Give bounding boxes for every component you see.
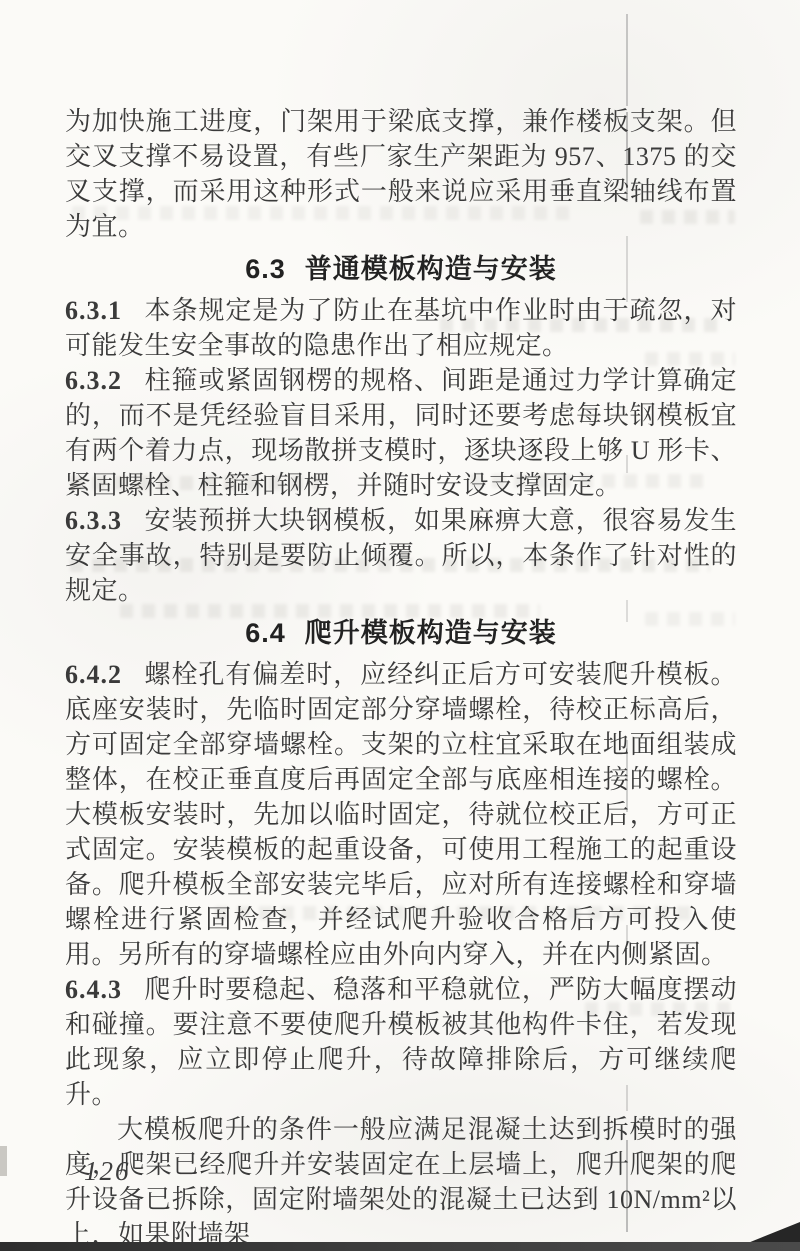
clause-number: 6.3.1 [65, 296, 144, 325]
closing-paragraph: 大模板爬升的条件一般应满足混凝土达到拆模时的强度，爬架已经爬升并安装固定在上层墙… [65, 1112, 737, 1251]
section-title: 普通模板构造与安装 [305, 254, 557, 284]
clause-text: 安装预拼大块钢模板，如果麻痹大意，很容易发生安全事故，特别是要防止倾覆。所以，本… [65, 506, 737, 605]
text-block: 为加快施工进度，门架用于梁底支撑，兼作楼板支架。但交叉支撑不易设置，有些厂家生产… [65, 104, 737, 1251]
clause-text: 爬升时要稳起、稳落和平稳就位，严防大幅度摆动和碰撞。要注意不要使爬升模板被其他构… [65, 975, 737, 1109]
clause-6-3-3: 6.3.3安装预拼大块钢模板，如果麻痹大意，很容易发生安全事故，特别是要防止倾覆… [65, 503, 737, 608]
section-title: 爬升模板构造与安装 [305, 618, 557, 648]
page-number: 126 [84, 1156, 131, 1187]
clause-text: 螺栓孔有偏差时，应经纠正后方可安装爬升模板。底座安装时，先临时固定部分穿墙螺栓，… [65, 660, 737, 969]
clause-text: 柱箍或紧固钢楞的规格、间距是通过力学计算确定的，而不是凭经验盲目采用，同时还要考… [65, 366, 737, 500]
clause-number: 6.3.3 [65, 506, 144, 535]
paragraph-continuation: 为加快施工进度，门架用于梁底支撑，兼作楼板支架。但交叉支撑不易设置，有些厂家生产… [65, 104, 737, 244]
scan-bottom-edge [0, 1242, 800, 1251]
clause-6-3-2: 6.3.2柱箍或紧固钢楞的规格、间距是通过力学计算确定的，而不是凭经验盲目采用，… [65, 363, 737, 503]
scan-line-segment [626, 14, 628, 106]
section-number: 6.4 [245, 618, 304, 648]
clause-number: 6.4.3 [65, 975, 144, 1004]
scan-edge-notch [0, 1146, 7, 1176]
section-number: 6.3 [245, 254, 304, 284]
clause-6-4-3: 6.4.3爬升时要稳起、稳落和平稳就位，严防大幅度摆动和碰撞。要注意不要使爬升模… [65, 972, 737, 1112]
clause-text: 本条规定是为了防止在基坑中作业时由于疏忽，对可能发生安全事故的隐患作出了相应规定… [65, 296, 737, 360]
clause-6-3-1: 6.3.1本条规定是为了防止在基坑中作业时由于疏忽，对可能发生安全事故的隐患作出… [65, 293, 737, 363]
clause-6-4-2: 6.4.2螺栓孔有偏差时，应经纠正后方可安装爬升模板。底座安装时，先临时固定部分… [65, 657, 737, 972]
clause-number: 6.3.2 [65, 366, 144, 395]
clause-number: 6.4.2 [65, 660, 144, 689]
section-heading-6-4: 6.4爬升模板构造与安装 [65, 616, 737, 651]
scanned-document-page: { "colors":{ "paper":"#fbfaf7", "ink":"#… [0, 0, 800, 1251]
section-heading-6-3: 6.3普通模板构造与安装 [65, 252, 737, 287]
